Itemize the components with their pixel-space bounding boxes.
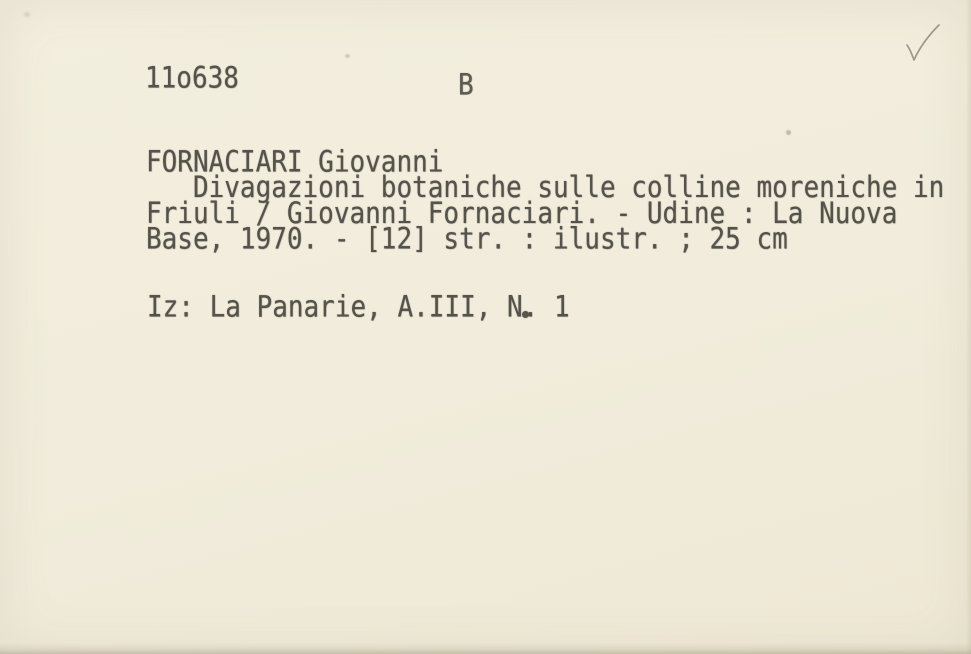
checkmark-icon — [899, 18, 949, 70]
paper-speck — [345, 54, 350, 58]
paper-speck — [24, 12, 30, 17]
card-bottom-edge-shadow — [0, 643, 971, 654]
card-right-edge-shadow — [966, 0, 971, 654]
catalog-card: 11o638 B FORNACIARI Giovanni Divagazioni… — [0, 0, 971, 654]
section-letter: B — [458, 73, 474, 99]
paper-speck — [786, 130, 791, 135]
call-number: 11o638 — [145, 66, 239, 92]
source-note: Iz: La Panarie, A.III, N. 1 — [147, 295, 570, 321]
ink-dot-speck — [522, 311, 529, 318]
bibliographic-entry: FORNACIARI Giovanni Divagazioni botanich… — [146, 150, 944, 253]
